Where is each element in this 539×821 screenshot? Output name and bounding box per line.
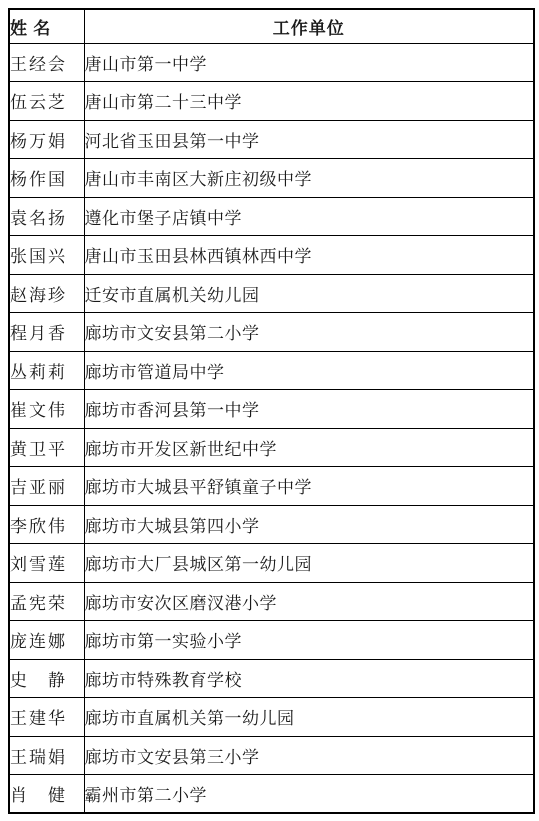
work-unit-column-header: 工作单位 — [84, 9, 534, 43]
name-cell: 王瑞娟 — [9, 736, 84, 775]
table-row: 杨作国唐山市丰南区大新庄初级中学 — [9, 159, 534, 198]
person-name: 庞连娜 — [10, 627, 65, 652]
name-cell: 袁名扬 — [9, 197, 84, 236]
work-unit-cell: 唐山市丰南区大新庄初级中学 — [84, 159, 534, 198]
name-cell: 程月香 — [9, 313, 84, 352]
work-unit-cell: 廊坊市大厂县城区第一幼儿园 — [84, 544, 534, 583]
person-name: 肖 健 — [10, 781, 65, 806]
person-name: 杨作国 — [10, 165, 65, 190]
table-body: 王经会唐山市第一中学伍云芝唐山市第二十三中学杨万娟河北省玉田县第一中学杨作国唐山… — [9, 43, 534, 813]
name-cell: 肖 健 — [9, 775, 84, 814]
work-unit-cell: 廊坊市安次区磨汊港小学 — [84, 582, 534, 621]
person-name: 丛莉莉 — [10, 358, 65, 383]
work-unit-cell: 廊坊市文安县第三小学 — [84, 736, 534, 775]
name-cell: 黄卫平 — [9, 428, 84, 467]
work-unit-cell: 廊坊市特殊教育学校 — [84, 659, 534, 698]
person-name: 王瑞娟 — [10, 743, 65, 768]
name-cell: 王建华 — [9, 698, 84, 737]
table-row: 王瑞娟廊坊市文安县第三小学 — [9, 736, 534, 775]
person-name: 伍云芝 — [10, 88, 65, 113]
person-name: 史 静 — [10, 666, 65, 691]
work-unit-cell: 廊坊市第一实验小学 — [84, 621, 534, 660]
table-row: 刘雪莲廊坊市大厂县城区第一幼儿园 — [9, 544, 534, 583]
name-column-header: 姓 名 — [9, 9, 84, 43]
table-row: 张国兴唐山市玉田县林西镇林西中学 — [9, 236, 534, 275]
work-unit-cell: 河北省玉田县第一中学 — [84, 120, 534, 159]
work-unit-cell: 廊坊市开发区新世纪中学 — [84, 428, 534, 467]
name-cell: 王经会 — [9, 43, 84, 82]
name-cell: 杨作国 — [9, 159, 84, 198]
table-row: 吉亚丽廊坊市大城县平舒镇童子中学 — [9, 467, 534, 506]
table-row: 庞连娜廊坊市第一实验小学 — [9, 621, 534, 660]
table-row: 肖 健霸州市第二小学 — [9, 775, 534, 814]
work-unit-cell: 遵化市堡子店镇中学 — [84, 197, 534, 236]
document-page: 姓 名 工作单位 王经会唐山市第一中学伍云芝唐山市第二十三中学杨万娟河北省玉田县… — [0, 0, 539, 821]
person-name: 王建华 — [10, 704, 65, 729]
name-cell: 赵海珍 — [9, 274, 84, 313]
person-name: 李欣伟 — [10, 512, 65, 537]
table-row: 丛莉莉廊坊市管道局中学 — [9, 351, 534, 390]
work-unit-cell: 廊坊市大城县平舒镇童子中学 — [84, 467, 534, 506]
person-name: 袁名扬 — [10, 204, 65, 229]
person-name: 吉亚丽 — [10, 473, 65, 498]
table-row: 王经会唐山市第一中学 — [9, 43, 534, 82]
name-cell: 吉亚丽 — [9, 467, 84, 506]
work-unit-cell: 唐山市第二十三中学 — [84, 82, 534, 121]
table-row: 史 静廊坊市特殊教育学校 — [9, 659, 534, 698]
person-name: 刘雪莲 — [10, 550, 65, 575]
name-cell: 庞连娜 — [9, 621, 84, 660]
person-name: 崔文伟 — [10, 396, 65, 421]
table-row: 伍云芝唐山市第二十三中学 — [9, 82, 534, 121]
work-unit-cell: 廊坊市管道局中学 — [84, 351, 534, 390]
name-cell: 李欣伟 — [9, 505, 84, 544]
work-unit-cell: 唐山市第一中学 — [84, 43, 534, 82]
person-name: 黄卫平 — [10, 435, 65, 460]
name-cell: 孟宪荣 — [9, 582, 84, 621]
table-header-row: 姓 名 工作单位 — [9, 9, 534, 43]
table-row: 程月香廊坊市文安县第二小学 — [9, 313, 534, 352]
name-cell: 崔文伟 — [9, 390, 84, 429]
name-cell: 丛莉莉 — [9, 351, 84, 390]
work-unit-cell: 廊坊市直属机关第一幼儿园 — [84, 698, 534, 737]
table-row: 黄卫平廊坊市开发区新世纪中学 — [9, 428, 534, 467]
name-cell: 伍云芝 — [9, 82, 84, 121]
table-row: 崔文伟廊坊市香河县第一中学 — [9, 390, 534, 429]
table-row: 赵海珍迁安市直属机关幼儿园 — [9, 274, 534, 313]
work-unit-cell: 迁安市直属机关幼儿园 — [84, 274, 534, 313]
person-name: 王经会 — [10, 50, 65, 75]
table-row: 杨万娟河北省玉田县第一中学 — [9, 120, 534, 159]
table-row: 王建华廊坊市直属机关第一幼儿园 — [9, 698, 534, 737]
person-name: 张国兴 — [10, 242, 65, 267]
table-row: 孟宪荣廊坊市安次区磨汊港小学 — [9, 582, 534, 621]
name-unit-table: 姓 名 工作单位 王经会唐山市第一中学伍云芝唐山市第二十三中学杨万娟河北省玉田县… — [8, 8, 535, 814]
work-unit-cell: 唐山市玉田县林西镇林西中学 — [84, 236, 534, 275]
name-cell: 杨万娟 — [9, 120, 84, 159]
name-cell: 刘雪莲 — [9, 544, 84, 583]
work-unit-cell: 廊坊市文安县第二小学 — [84, 313, 534, 352]
work-unit-cell: 廊坊市香河县第一中学 — [84, 390, 534, 429]
name-cell: 史 静 — [9, 659, 84, 698]
person-name: 赵海珍 — [10, 281, 65, 306]
name-cell: 张国兴 — [9, 236, 84, 275]
work-unit-cell: 霸州市第二小学 — [84, 775, 534, 814]
person-name: 程月香 — [10, 319, 65, 344]
person-name: 孟宪荣 — [10, 589, 65, 614]
person-name: 杨万娟 — [10, 127, 65, 152]
table-row: 袁名扬遵化市堡子店镇中学 — [9, 197, 534, 236]
work-unit-cell: 廊坊市大城县第四小学 — [84, 505, 534, 544]
table-row: 李欣伟廊坊市大城县第四小学 — [9, 505, 534, 544]
